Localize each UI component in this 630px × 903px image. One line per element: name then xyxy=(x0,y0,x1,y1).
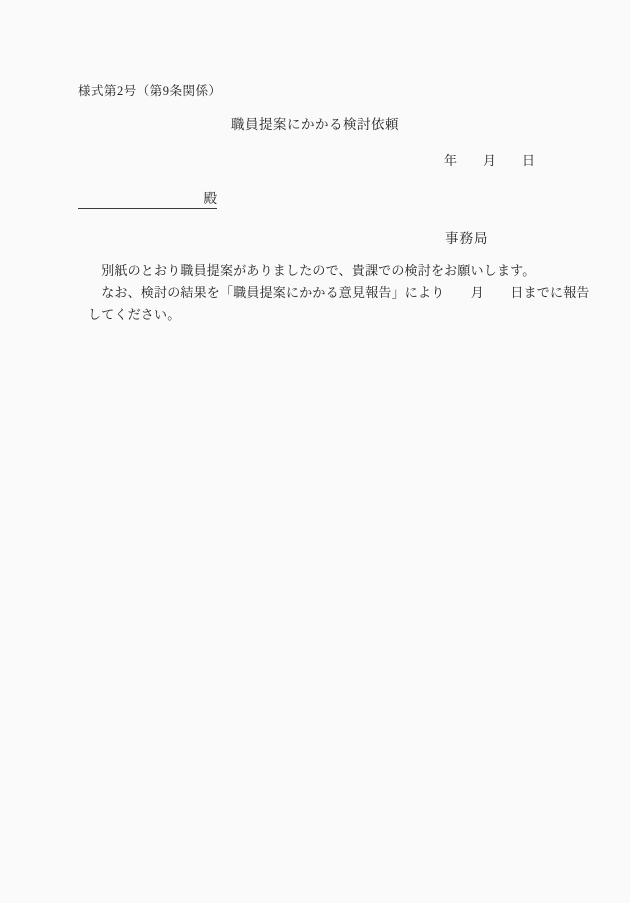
addressee-honorific: 殿 xyxy=(204,191,218,206)
document-title: 職員提案にかかる検討依頼 xyxy=(0,113,630,133)
body-paragraph: 別紙のとおり職員提案がありましたので、貴課での検討をお願いします。 なお、検討の… xyxy=(88,260,568,326)
document-page: 様式第2号（第9条関係） 職員提案にかかる検討依頼 年 月 日 殿 事務局 別紙… xyxy=(0,0,630,903)
sender: 事務局 xyxy=(445,227,489,247)
body-line: 別紙のとおり職員提案がありましたので、貴課での検討をお願いします。 xyxy=(88,260,568,282)
addressee-line: 殿 xyxy=(78,187,217,209)
body-line: なお、検討の結果を「職員提案にかかる意見報告」により 月 日までに報告 xyxy=(88,282,568,304)
body-line: してください。 xyxy=(88,304,568,326)
form-number: 様式第2号（第9条関係） xyxy=(78,81,222,99)
addressee-blank-field: 殿 xyxy=(78,187,217,209)
date-line: 年 月 日 xyxy=(444,150,535,169)
